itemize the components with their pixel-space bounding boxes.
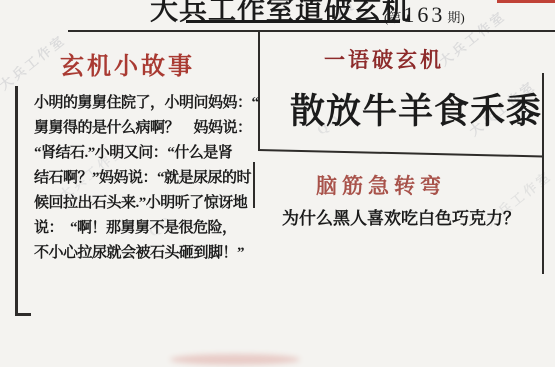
scanned-document-page: 大兵工作室 QQ 大兵工作室 大兵工作室 大兵工作室 QQ QQ 大兵工作室 大… (0, 0, 555, 367)
column-divider-line (258, 32, 260, 151)
story-left-bracket (15, 86, 31, 316)
story-line: 候回拉出石头来.”小明听了惊讶地 (34, 191, 258, 216)
story-line: 不小心拉尿就会被石头砸到脚！” (34, 241, 258, 266)
issue-number-label: (第 163 期) (384, 2, 465, 28)
mystery-phrase: 散放牛羊食禾黍 (290, 84, 542, 134)
top-horizontal-rule (68, 30, 555, 32)
story-line: 舅舅得的是什么病啊？ 妈妈说： (34, 116, 258, 141)
issue-close-text: 期) (447, 7, 464, 26)
teaser-question: 为什么黑人喜欢吃白色巧克力？ (282, 204, 520, 229)
issue-number: 163 (403, 2, 445, 28)
issue-open-text: (第 (384, 7, 401, 26)
watermark-text: 大兵工作室 (0, 29, 69, 93)
story-paragraph: 小明的舅舅住院了，小明问妈妈：“ 舅舅得的是什么病啊？ 妈妈说： “肾结石.”小… (34, 91, 258, 266)
red-stamp-edge (497, 0, 555, 3)
red-ink-smudge (170, 354, 300, 365)
story-line: 小明的舅舅住院了，小明问妈妈：“ (34, 91, 258, 116)
title-underline (186, 20, 400, 23)
right-edge-line (542, 73, 544, 274)
story-line: 结石啊？”妈妈说：“就是尿尿的时 (34, 166, 258, 191)
teaser-section-heading: 脑筋急转弯 (316, 170, 446, 200)
story-line: 说： “啊！那舅舅不是很危险， (34, 216, 258, 241)
story-section-heading: 玄机小故事 (60, 46, 195, 81)
story-line: “肾结石.”小明又问：“什么是肾 (34, 141, 258, 166)
phrase-section-heading: 一语破玄机 (324, 44, 444, 74)
phrase-bottom-rule (258, 149, 543, 157)
page-title: 大兵工作室道破玄机 (150, 0, 411, 28)
